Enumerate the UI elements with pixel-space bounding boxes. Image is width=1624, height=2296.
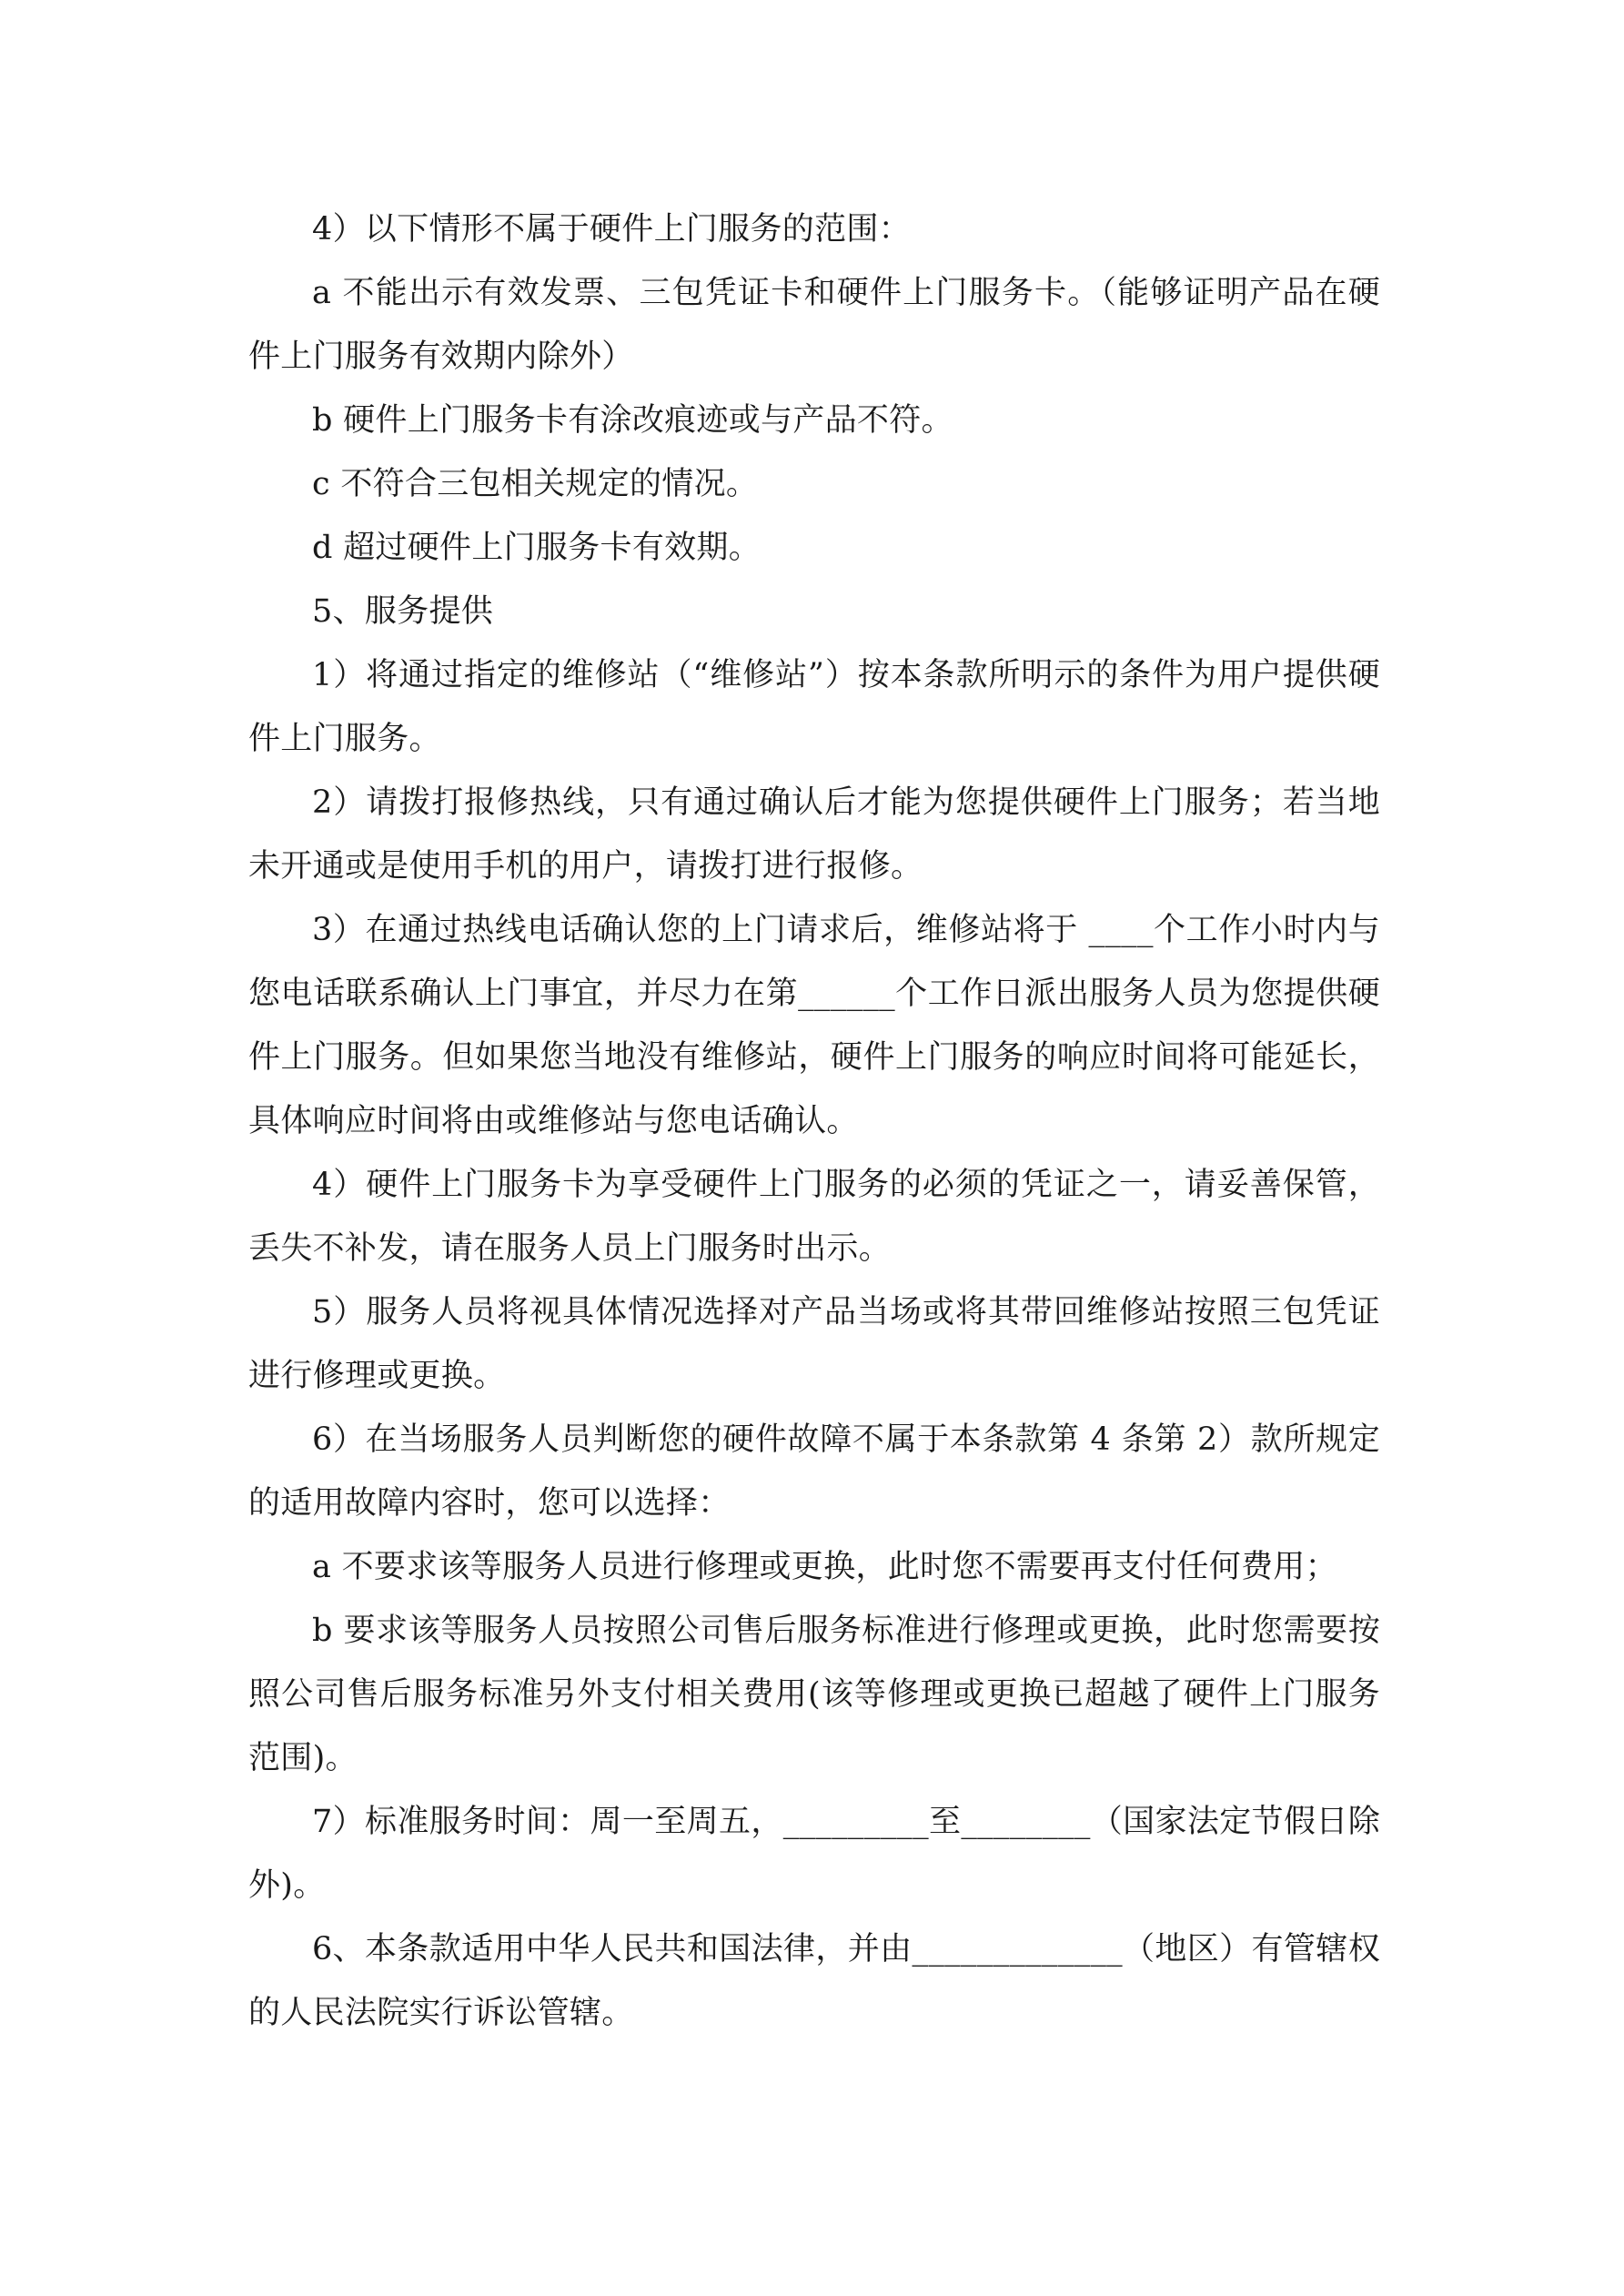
service-clause-6-option-b: b 要求该等服务人员按照公司售后服务标准进行修理或更换，此时您需要按照公司售后服…	[248, 1599, 1380, 1790]
service-clause-3: 3）在通过热线电话确认您的上门请求后，维修站将于 ____个工作小时内与您电话联…	[248, 898, 1380, 1153]
section-6-governing-law: 6、本条款适用中华人民共和国法律，并由_____________（地区）有管辖权…	[248, 1917, 1380, 2045]
clause-4-exclusions-heading: 4）以下情形不属于硬件上门服务的范围：	[248, 197, 1380, 261]
document-page: 4）以下情形不属于硬件上门服务的范围： a 不能出示有效发票、三包凭证卡和硬件上…	[0, 0, 1624, 2296]
exclusion-item-b: b 硬件上门服务卡有涂改痕迹或与产品不符。	[248, 389, 1380, 452]
exclusion-item-c: c 不符合三包相关规定的情况。	[248, 452, 1380, 516]
service-clause-2: 2）请拨打报修热线，只有通过确认后才能为您提供硬件上门服务；若当地未开通或是使用…	[248, 771, 1380, 898]
service-clause-1: 1）将通过指定的维修站（“维修站”）按本条款所明示的条件为用户提供硬件上门服务。	[248, 643, 1380, 771]
service-clause-7-hours: 7）标准服务时间：周一至周五，_________至________（国家法定节假…	[248, 1790, 1380, 1917]
service-clause-6-option-a: a 不要求该等服务人员进行修理或更换，此时您不需要再支付任何费用；	[248, 1535, 1380, 1599]
section-5-heading: 5、服务提供	[248, 580, 1380, 643]
document-body: 4）以下情形不属于硬件上门服务的范围： a 不能出示有效发票、三包凭证卡和硬件上…	[248, 197, 1380, 2045]
service-clause-5: 5）服务人员将视具体情况选择对产品当场或将其带回维修站按照三包凭证进行修理或更换…	[248, 1280, 1380, 1408]
service-clause-6: 6）在当场服务人员判断您的硬件故障不属于本条款第 4 条第 2）款所规定的适用故…	[248, 1408, 1380, 1535]
exclusion-item-a: a 不能出示有效发票、三包凭证卡和硬件上门服务卡。（能够证明产品在硬件上门服务有…	[248, 261, 1380, 389]
service-clause-4: 4）硬件上门服务卡为享受硬件上门服务的必须的凭证之一，请妥善保管，丢失不补发，请…	[248, 1153, 1380, 1280]
exclusion-item-d: d 超过硬件上门服务卡有效期。	[248, 516, 1380, 580]
